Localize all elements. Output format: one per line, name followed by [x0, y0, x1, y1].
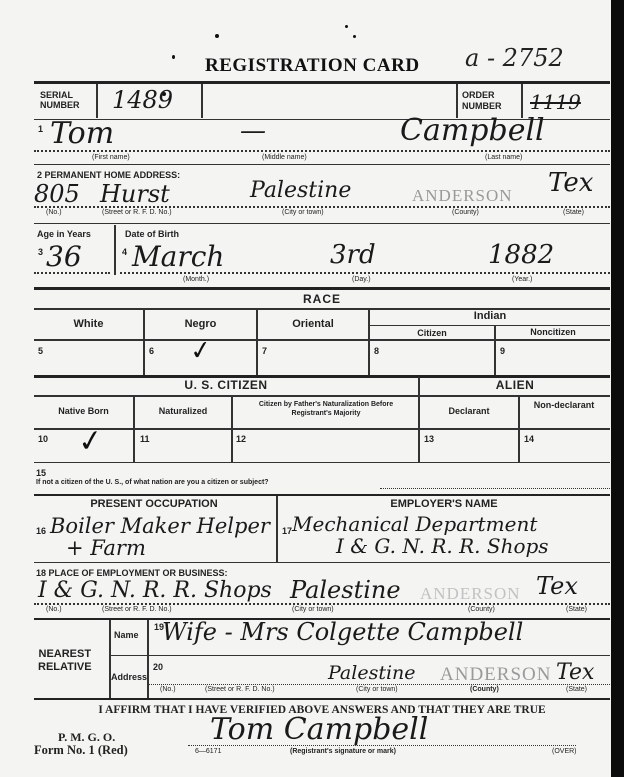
divider — [34, 494, 610, 496]
race-oriental-label: Oriental — [258, 318, 368, 330]
caption: (Month.) — [183, 276, 209, 283]
us-citizen-heading: U. S. CITIZEN — [34, 378, 418, 392]
race-heading: RACE — [34, 292, 610, 306]
card-id: a - 2752 — [465, 44, 564, 72]
caption: (State) — [563, 209, 584, 216]
caption: (Street or R. F. D. No.) — [102, 209, 172, 216]
nation-answer-line — [380, 488, 610, 489]
declarant-label: Declarant — [420, 406, 518, 416]
form-number: Form No. 1 (Red) — [34, 743, 128, 758]
caption: (Street or R. F. D. No.) — [205, 686, 275, 693]
relative-name-value: Wife - Mrs Colgette Campbell — [162, 618, 523, 646]
over-note: (OVER) — [552, 748, 577, 755]
relative-county-stamp: ANDERSON — [440, 664, 551, 686]
race-indian-citizen-label: Citizen — [370, 328, 494, 338]
order-number-label: ORDERNUMBER — [462, 90, 502, 112]
first-name-value: Tom — [50, 116, 114, 151]
card-title: REGISTRATION CARD — [205, 55, 420, 77]
race-indian-noncitizen-label: Noncitizen — [496, 327, 610, 337]
serial-number-label: SERIALNUMBER — [40, 90, 80, 110]
home-number-value: 805 — [34, 180, 80, 208]
divider — [34, 395, 610, 397]
age-value: 36 — [46, 240, 82, 273]
field-number: 16 — [36, 526, 46, 536]
employment-city-value: Palestine — [290, 576, 401, 604]
middle-name-value: — — [240, 116, 266, 146]
employer-line1: Mechanical Department — [292, 512, 537, 536]
divider — [34, 164, 610, 165]
divider — [96, 84, 98, 118]
serial-number-value: 1489 — [112, 86, 173, 114]
field-number: 10 — [38, 434, 48, 444]
occupation-line1: Boiler Maker Helper — [50, 514, 270, 538]
field-number: 3 — [38, 247, 43, 257]
employer-line2: I & G. N. R. R. Shops — [336, 534, 549, 558]
caption: (City or town) — [356, 686, 398, 693]
caption: (County) — [470, 686, 499, 693]
field-number: 15 — [36, 468, 46, 478]
home-county-stamp: ANDERSON — [412, 186, 513, 206]
birth-date-label: Date of Birth — [125, 229, 179, 239]
caption: (State) — [566, 606, 587, 613]
last-name-value: Campbell — [400, 113, 545, 148]
divider — [147, 620, 149, 698]
home-city-value: Palestine — [250, 178, 351, 203]
caption: (City or town) — [292, 606, 334, 613]
occupation-heading: PRESENT OCCUPATION — [34, 498, 274, 510]
relative-name-label: Name — [114, 630, 139, 640]
divider — [518, 397, 520, 463]
nation-question: If not a citizen of the U. S., of what n… — [36, 479, 269, 486]
divider — [276, 496, 278, 562]
employment-county-stamp: ANDERSON — [420, 584, 521, 604]
caption: (No.) — [46, 606, 62, 613]
caption: (Street or R. F. D. No.) — [102, 606, 172, 613]
caption: (First name) — [92, 154, 130, 161]
field-number: 9 — [500, 346, 505, 356]
ink-speck — [345, 25, 348, 28]
home-state-value: Tex — [548, 168, 593, 198]
relative-address-label: Address — [111, 672, 147, 682]
divider — [34, 150, 610, 152]
caption: (County) — [468, 606, 495, 613]
caption: (Year.) — [512, 276, 532, 283]
divider — [149, 684, 610, 685]
scan-edge — [611, 0, 624, 777]
order-number-value: 1119 — [530, 90, 581, 114]
field-number: 11 — [140, 434, 150, 444]
caption: (Middle name) — [262, 154, 307, 161]
field-number: 6 — [149, 346, 154, 356]
print-code: 6—6171 — [195, 748, 221, 755]
alien-heading: ALIEN — [420, 378, 610, 392]
field-number: 20 — [153, 662, 163, 672]
caption: (Last name) — [485, 154, 522, 161]
field-number: 8 — [374, 346, 379, 356]
divider — [34, 562, 610, 563]
divider — [418, 377, 420, 463]
divider — [34, 206, 610, 208]
divider — [34, 272, 110, 274]
divider — [34, 81, 610, 84]
birth-year-value: 1882 — [488, 240, 554, 270]
signature-caption: (Registrant's signature or mark) — [290, 748, 396, 755]
divider — [34, 339, 610, 341]
relative-state-value: Tex — [556, 660, 594, 685]
native-born-label: Native Born — [34, 406, 133, 416]
employment-street-value: I & G. N. R. R. Shops — [38, 578, 272, 603]
employer-heading: EMPLOYER'S NAME — [278, 498, 610, 510]
divider — [109, 620, 111, 698]
age-label: Age in Years — [37, 229, 91, 239]
field-number: 5 — [38, 346, 43, 356]
home-street-value: Hurst — [100, 180, 170, 208]
caption: (No.) — [46, 209, 62, 216]
ink-speck — [215, 34, 219, 38]
ink-speck — [172, 55, 175, 59]
divider — [34, 287, 610, 290]
employment-state-value: Tex — [536, 572, 578, 600]
home-address-label: 2 PERMANENT HOME ADDRESS: — [37, 170, 180, 180]
field-number: 13 — [424, 434, 434, 444]
field-number: 14 — [524, 434, 534, 444]
registrant-signature: Tom Campbell — [210, 712, 428, 747]
divider — [114, 225, 116, 275]
caption: (Day.) — [352, 276, 371, 283]
race-negro-checkmark: ✓ — [188, 335, 214, 368]
caption: (County) — [452, 209, 479, 216]
citizen-by-father-label: Citizen by Father's Naturalization Befor… — [238, 400, 414, 418]
relative-city-value: Palestine — [328, 662, 416, 684]
divider — [34, 603, 610, 605]
ink-speck — [353, 35, 356, 38]
occupation-line2: + Farm — [66, 536, 146, 560]
registration-card: REGISTRATION CARD a - 2752 SERIALNUMBER … — [0, 0, 612, 777]
caption: (City or town) — [282, 209, 324, 216]
caption: (No.) — [160, 686, 176, 693]
race-white-label: White — [34, 318, 143, 330]
nearest-relative-label: NEARESTRELATIVE — [38, 648, 92, 674]
divider — [120, 272, 610, 274]
caption: (State) — [566, 686, 587, 693]
field-number: 12 — [236, 434, 246, 444]
field-number: 7 — [262, 346, 267, 356]
native-born-checkmark: ✓ — [76, 422, 106, 460]
signature-line — [188, 745, 576, 746]
divider — [231, 397, 233, 463]
divider — [34, 462, 610, 463]
field-number: 4 — [122, 247, 127, 257]
field-number: 1 — [38, 124, 43, 134]
race-indian-heading: Indian — [370, 310, 610, 322]
divider — [34, 223, 610, 224]
place-of-employment-label: 18 PLACE OF EMPLOYMENT OR BUSINESS: — [36, 568, 228, 578]
divider — [109, 655, 610, 656]
divider — [34, 428, 610, 430]
non-declarant-label: Non-declarant — [528, 400, 600, 410]
divider — [34, 698, 610, 700]
naturalized-label: Naturalized — [135, 406, 231, 416]
birth-day-value: 3rd — [330, 240, 376, 270]
divider — [201, 84, 203, 118]
divider — [370, 325, 610, 326]
birth-month-value: March — [132, 240, 224, 273]
race-negro-label: Negro — [145, 318, 256, 330]
field-number: 17 — [282, 526, 292, 536]
